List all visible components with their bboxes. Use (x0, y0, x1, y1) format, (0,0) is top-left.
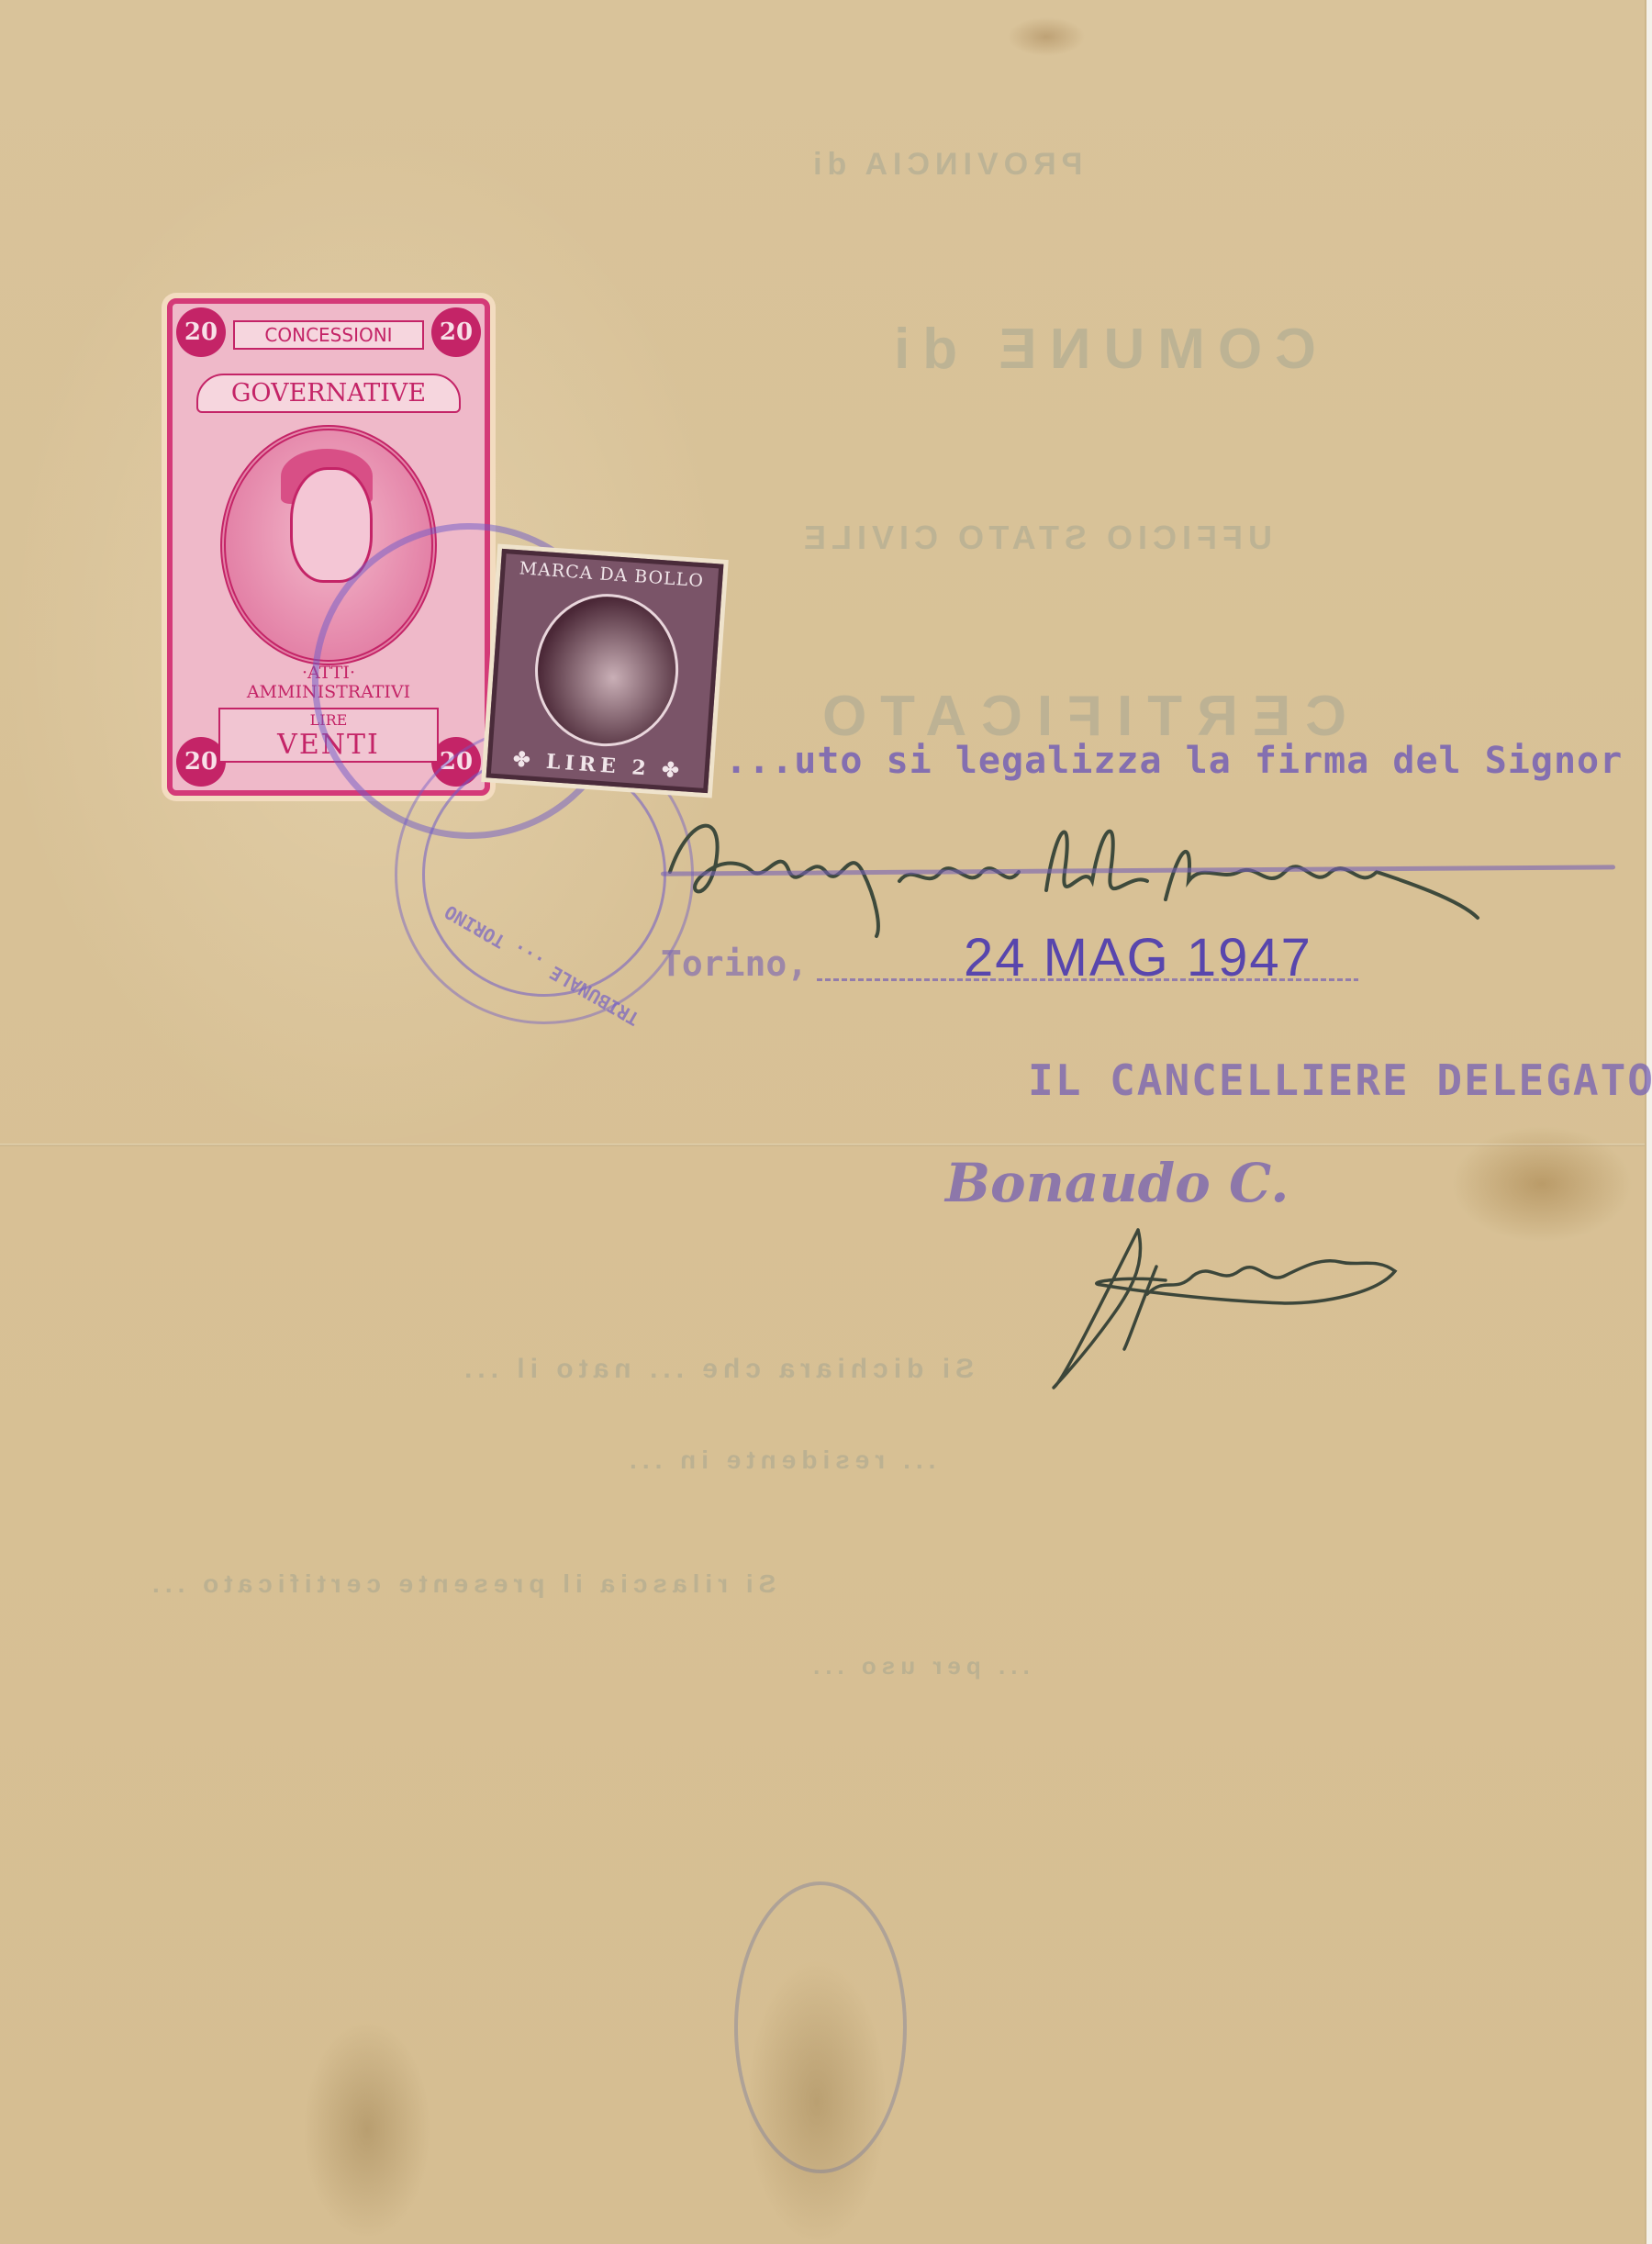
revenue-stamp-marca-da-bollo: MARCA DA BOLLO ✤ LIRE 2 ✤ (486, 549, 724, 793)
stamp-label-lire-2: ✤ LIRE 2 ✤ (491, 746, 705, 785)
faint-line-3: Si rilascia il presente certificato ... (147, 1569, 776, 1599)
faint-line-2: ... residente in ... (624, 1446, 935, 1475)
stamp-label-concessioni: CONCESSIONI (233, 320, 424, 350)
faint-provincia: PROVINCIA di (808, 147, 1082, 183)
stamp-corner-value: 20 (431, 307, 481, 357)
faint-line-1: Si dichiara che ... nato il ... (459, 1354, 974, 1385)
female-portrait-icon (530, 589, 683, 751)
faint-ufficio: UFFICIO STATO CIVILE (798, 519, 1272, 557)
official-title-stamp: IL CANCELLIERE DELEGATO (1028, 1055, 1652, 1105)
faint-comune: COMUNE di (881, 317, 1316, 382)
date-stamp: 24 MAG 1947 (964, 927, 1312, 988)
faint-line-4: ... per uso ... (808, 1652, 1030, 1680)
stamp-label-governative: GOVERNATIVE (196, 374, 461, 413)
faded-postmark-bottom (734, 1881, 907, 2173)
legalization-stamp-text: ...uto si legalizza la firma del Signor (725, 740, 1623, 782)
stamp-label-marca-da-bollo: MARCA DA BOLLO (505, 557, 719, 592)
stamp-corner-value: 20 (176, 307, 226, 357)
paper-fold-crease (0, 1144, 1645, 1146)
official-signature (1046, 1193, 1487, 1395)
place-label: Torino, (661, 943, 808, 984)
